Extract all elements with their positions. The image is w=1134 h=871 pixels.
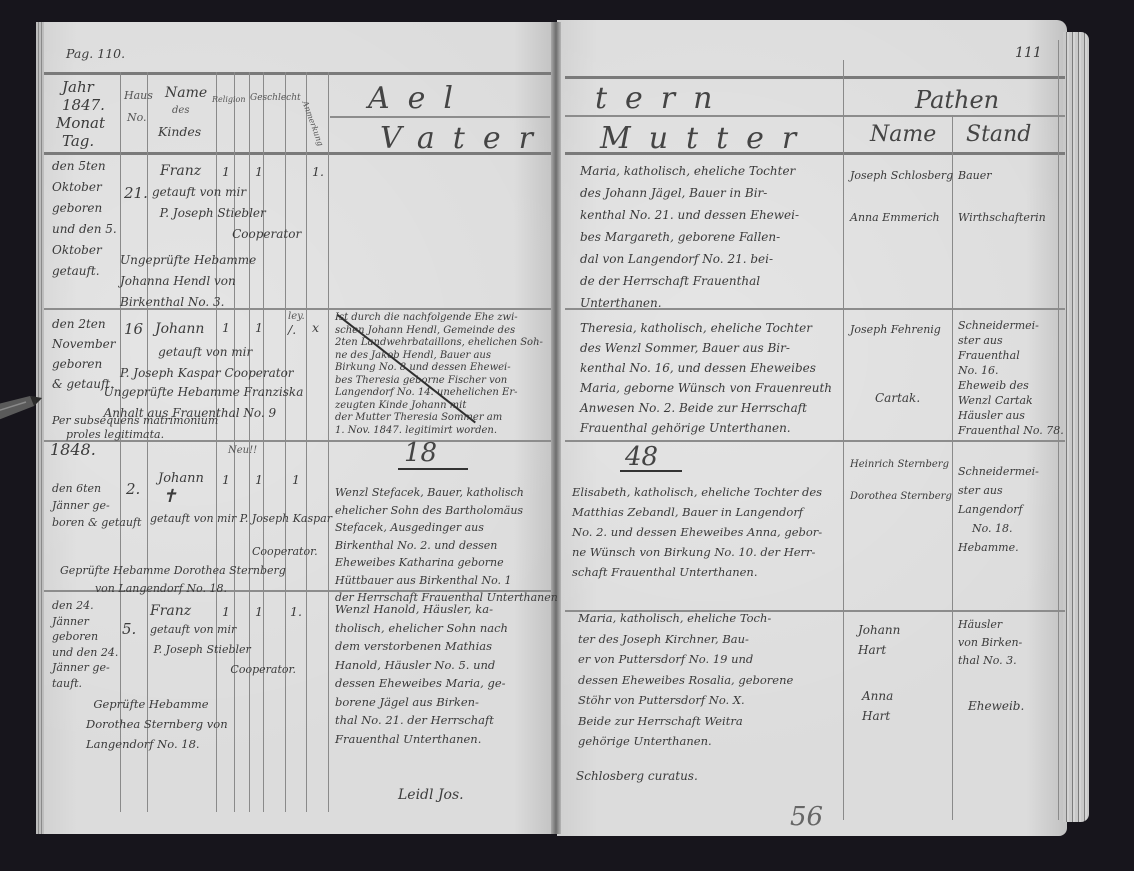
entry-2-godparent-2: Cartak.	[875, 392, 920, 404]
entry-3-cross-icon: ✝	[162, 488, 177, 506]
entry-3-house-no: 2.	[126, 482, 140, 497]
entry-2-legitimation-note: Per subsequens matrimonium proles legiti…	[52, 414, 218, 442]
entry-1-midwife: Ungeprüfte Hebamme Johanna Hendl von Bir…	[120, 250, 256, 313]
pen-pointer-icon	[0, 392, 48, 422]
entry-3-father: Wenzl Stefacek, Bauer, katholisch ehelic…	[335, 484, 558, 607]
entry-1-mark-3: 1.	[312, 166, 324, 179]
header-year-value: 1847.	[62, 98, 105, 113]
entry-1-child-name: Franz	[160, 164, 201, 178]
header-day-label: Tag.	[62, 134, 94, 149]
entry-1-mark-1: 1	[222, 166, 230, 179]
entry-3-mark-1: 1	[222, 474, 230, 487]
entry-4-mark-1: 1	[222, 606, 230, 619]
entry-2-child-name: Johann	[155, 322, 204, 336]
entry-3-mark-2: 1	[255, 474, 263, 487]
entry-1-godparent-2: Anna Emmerich	[850, 212, 940, 223]
entry-2-mother: Theresia, katholisch, eheliche Tochter d…	[580, 318, 832, 438]
entry-3-cooperator: Cooperator.	[252, 546, 318, 557]
col-divider-godparents	[843, 60, 844, 820]
entry-4-godparent-status: Häusler von Birken- thal No. 3.	[958, 616, 1022, 670]
entry-1-status-2: Wirthschafterin	[958, 212, 1046, 223]
entry-1-godparent-1: Joseph Schlosberg	[850, 170, 953, 181]
entry-2-mark-ley: ley.	[288, 312, 305, 322]
header-godparents-label: Pathen	[915, 88, 999, 112]
left-page-edge	[36, 22, 44, 834]
entry-2-father-legitimation-note: Ist durch die nachfolgende Ehe zwi- sche…	[335, 312, 543, 437]
entry-2-house-no: 16	[124, 322, 143, 337]
register-number-left: 18	[404, 440, 437, 466]
entry-3-midwife: Geprüfte Hebamme Dorothea Sternberg von …	[60, 562, 286, 598]
signature-right: Schlosberg curatus.	[576, 770, 698, 782]
entry-1-mother: Maria, katholisch, eheliche Tochter des …	[580, 160, 799, 314]
header-kindes-label: Kindes	[158, 126, 201, 139]
entry-4-father: Wenzl Hanold, Häusler, ka- tholisch, ehe…	[335, 600, 508, 748]
entry-4-mark-3: 1.	[290, 606, 302, 619]
entry-2-mark-slash: /.	[288, 324, 296, 337]
register-book-spread: Pag. 110. Jahr 1847. Monat Tag. Haus No.…	[0, 0, 1134, 871]
entry-4-date: den 24. Jänner geboren und den 24. Jänne…	[52, 598, 118, 691]
header-parents-left-part: Ael	[368, 84, 471, 114]
header-religion-label: Religion	[212, 96, 246, 104]
header-name-label: Name	[165, 86, 207, 100]
entry-4-mark-2: 1	[255, 606, 263, 619]
entry-1-mark-2: 1	[255, 166, 263, 179]
left-header-mid-rule	[330, 116, 550, 118]
entry-4-godparent-status-2: Eheweib.	[968, 700, 1024, 712]
entry-1-house-no: 21.	[124, 186, 148, 201]
header-mother-label: Mutter	[600, 124, 814, 154]
signature-left: Leidl Jos.	[398, 788, 464, 802]
col-divider	[328, 72, 329, 812]
entry-1-date: den 5ten Oktober geboren und den 5. Okto…	[52, 156, 117, 282]
register-number-right-underline	[620, 470, 682, 472]
header-house-label: Haus	[124, 90, 153, 101]
header-month-label: Monat	[56, 116, 105, 131]
register-number-right: 48	[625, 444, 658, 470]
entry-3-baptized-by: getauft von mir P. Joseph Kaspar	[150, 508, 332, 529]
col-divider-status	[952, 115, 953, 820]
year-separator-1848: 1848.	[50, 442, 96, 458]
header-father-label: Vater	[380, 124, 551, 154]
entry-4-house-no: 5.	[122, 622, 136, 637]
entry-3-godparent-status: Schneidermei- ster aus Langendorf No. 18…	[958, 462, 1039, 557]
header-year-label: Jahr	[62, 80, 94, 95]
entry-3-godparent-1: Heinrich Sternberg	[850, 460, 949, 470]
header-godparent-name-label: Name	[870, 124, 936, 146]
entry-4-midwife: Geprüfte Hebamme Dorothea Sternberg von …	[86, 694, 228, 754]
entry-4-mother: Maria, katholisch, eheliche Toch- ter de…	[578, 608, 793, 752]
left-page-number: Pag. 110.	[66, 48, 125, 61]
entry-2-mark-2: 1	[255, 322, 263, 335]
entry-2-godparent-status: Schneidermei- ster aus Frauenthal No. 16…	[958, 318, 1064, 438]
right-page-number: 111	[1015, 46, 1042, 60]
header-des-label: des	[172, 106, 189, 116]
header-house-no-label: No.	[127, 112, 147, 123]
entry-3-mark-3: 1	[292, 474, 300, 487]
entry-4-baptized-by: getauft von mir P. Joseph Stiebler Coope…	[150, 620, 296, 680]
header-sex-label: Geschlecht	[250, 94, 301, 103]
right-top-rule	[565, 76, 1065, 79]
year-note-neu: Neu!!	[228, 446, 257, 456]
entry-2-godparent-1: Joseph Fehrenig	[850, 324, 941, 335]
entry-2-baptized-by: getauft von mir P. Joseph Kaspar Coopera…	[120, 342, 294, 384]
entry-3-child-name: Johann	[158, 472, 204, 485]
entry-1-baptized-by: getauft von mir P. Joseph Stiebler Coope…	[152, 182, 301, 245]
entry-2-mark-1: 1	[222, 322, 230, 335]
book-gutter	[551, 22, 561, 834]
entry-4-godparent-2: Anna Hart	[862, 686, 893, 726]
header-godparent-status-label: Stand	[966, 124, 1031, 146]
col-divider	[306, 72, 307, 812]
folio-stamp-number: 56	[790, 802, 823, 832]
entry-1-status-1: Bauer	[958, 170, 992, 181]
register-number-left-underline	[398, 468, 468, 470]
entry-3-mother: Elisabeth, katholisch, eheliche Tochter …	[572, 482, 822, 582]
entry-2-mark-x: x	[312, 322, 319, 335]
right-page-stack-edges	[1063, 32, 1089, 822]
entry-4-child-name: Franz	[150, 604, 191, 618]
entry-3-godparent-2: Dorothea Sternberg	[850, 492, 952, 502]
header-parents-right-part: tern	[595, 84, 730, 114]
entry-4-godparent-1: Johann Hart	[858, 620, 900, 660]
